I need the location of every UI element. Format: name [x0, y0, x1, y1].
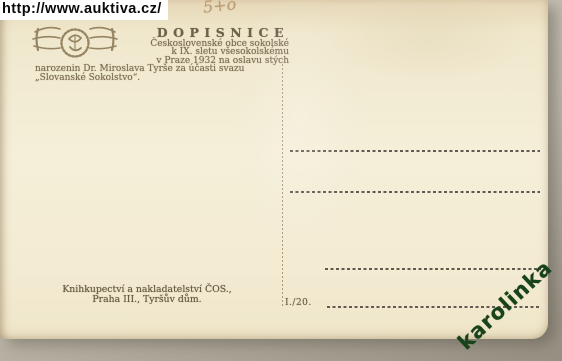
divider-line	[282, 64, 283, 306]
imprint-line: „Slovanské Sokolstvo“.	[35, 74, 289, 82]
auktiva-watermark: http://www.auktiva.cz/	[0, 0, 168, 20]
publisher-line: Praha III., Tyršův dům.	[40, 295, 254, 305]
imprint-block: DOPISNICE Československé obce sokolské k…	[35, 27, 289, 82]
address-line	[290, 150, 540, 152]
series-number: I./20.	[285, 298, 312, 308]
address-line	[290, 191, 540, 193]
publisher-imprint: Knihkupectví a nakladatelství ČOS., Prah…	[40, 285, 254, 305]
postcard-title: DOPISNICE	[35, 27, 289, 39]
address-line	[325, 268, 541, 270]
